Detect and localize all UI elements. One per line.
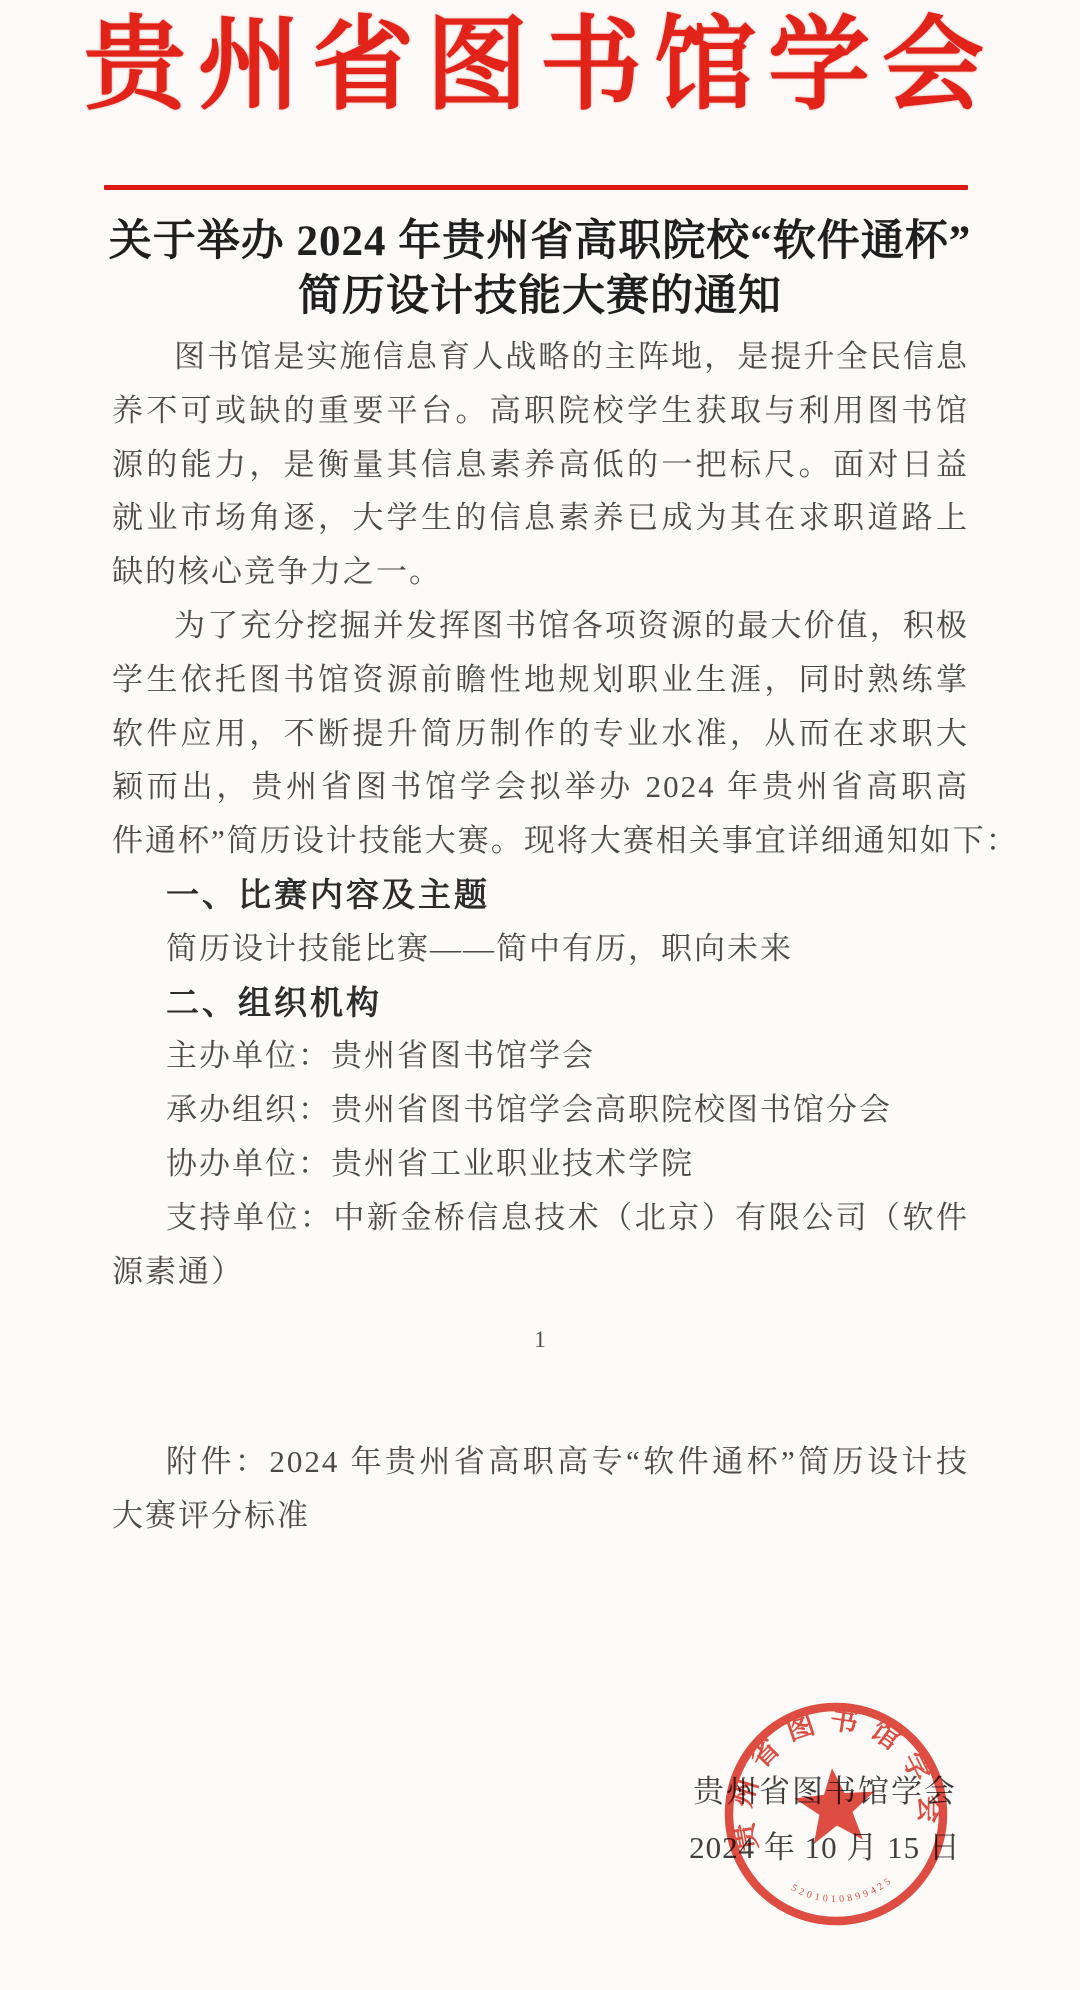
attachment-line1: 附件：2024 年贵州省高职高专“软件通杯”简历设计技能 bbox=[112, 1435, 969, 1489]
para2-line4: 颖而出，贵州省图书馆学会拟举办 2024 年贵州省高职高专“软 bbox=[112, 760, 969, 814]
doc-title: 关于举办 2024 年贵州省高职院校“软件通杯” 简历设计技能大赛的通知 bbox=[40, 214, 1040, 324]
svg-text:5201010899425: 5201010899425 bbox=[788, 1874, 897, 1910]
section1-content: 简历设计技能比赛——简中有历，职向未来 bbox=[112, 922, 969, 976]
red-divider bbox=[104, 185, 968, 190]
para2-line5: 件通杯”简历设计技能大赛。现将大赛相关事宜详细通知如下： bbox=[112, 814, 969, 868]
doc-title-line1: 关于举办 2024 年贵州省高职院校“软件通杯” bbox=[40, 214, 1040, 269]
official-seal-stamp: 贵州省图书馆学会 5201010899425 bbox=[706, 1684, 966, 1944]
organizer-item-supporter-line1: 支持单位：中新金桥信息技术（北京）有限公司（软件通、 bbox=[112, 1191, 969, 1245]
seal-code: 5201010899425 bbox=[788, 1874, 897, 1910]
para1-line1: 图书馆是实施信息育人战略的主阵地，是提升全民信息素 bbox=[112, 330, 969, 384]
page-number: 1 bbox=[0, 1326, 1080, 1354]
organizer-item-supporter-line2: 源素通） bbox=[112, 1245, 969, 1299]
section1-heading: 一、比赛内容及主题 bbox=[112, 868, 969, 922]
para1-line4: 就业市场角逐，大学生的信息素养已成为其在求职道路上不可或 bbox=[112, 491, 969, 545]
attachment-line2: 大赛评分标准 bbox=[112, 1489, 969, 1543]
organizer-item-undertaker: 承办组织：贵州省图书馆学会高职院校图书馆分会 bbox=[112, 1083, 969, 1137]
para1-line2: 养不可或缺的重要平台。高职院校学生获取与利用图书馆信息资 bbox=[112, 384, 969, 438]
attachment-note: 附件：2024 年贵州省高职高专“软件通杯”简历设计技能 大赛评分标准 bbox=[112, 1435, 969, 1543]
star-icon bbox=[792, 1765, 878, 1846]
para1-line3: 源的能力，是衡量其信息素养高低的一把标尺。面对日益激烈的 bbox=[112, 438, 969, 492]
para2-line2: 学生依托图书馆资源前瞻性地规划职业生涯，同时熟练掌握办公 bbox=[112, 653, 969, 707]
masthead-title: 贵州省图书馆学会 bbox=[0, 6, 1080, 132]
organizer-item-coorganizer: 协办单位：贵州省工业职业技术学院 bbox=[112, 1137, 969, 1191]
organizer-item-host: 主办单位：贵州省图书馆学会 bbox=[112, 1029, 969, 1083]
para1-line5: 缺的核心竞争力之一。 bbox=[112, 545, 969, 599]
document-body: 图书馆是实施信息育人战略的主阵地，是提升全民信息素 养不可或缺的重要平台。高职院… bbox=[112, 330, 969, 1298]
doc-title-line2: 简历设计技能大赛的通知 bbox=[40, 269, 1040, 324]
para2-line1: 为了充分挖掘并发挥图书馆各项资源的最大价值，积极引导 bbox=[112, 599, 969, 653]
section2-heading: 二、组织机构 bbox=[112, 976, 969, 1030]
para2-line3: 软件应用，不断提升简历制作的专业水准，从而在求职大战中脱 bbox=[112, 707, 969, 761]
